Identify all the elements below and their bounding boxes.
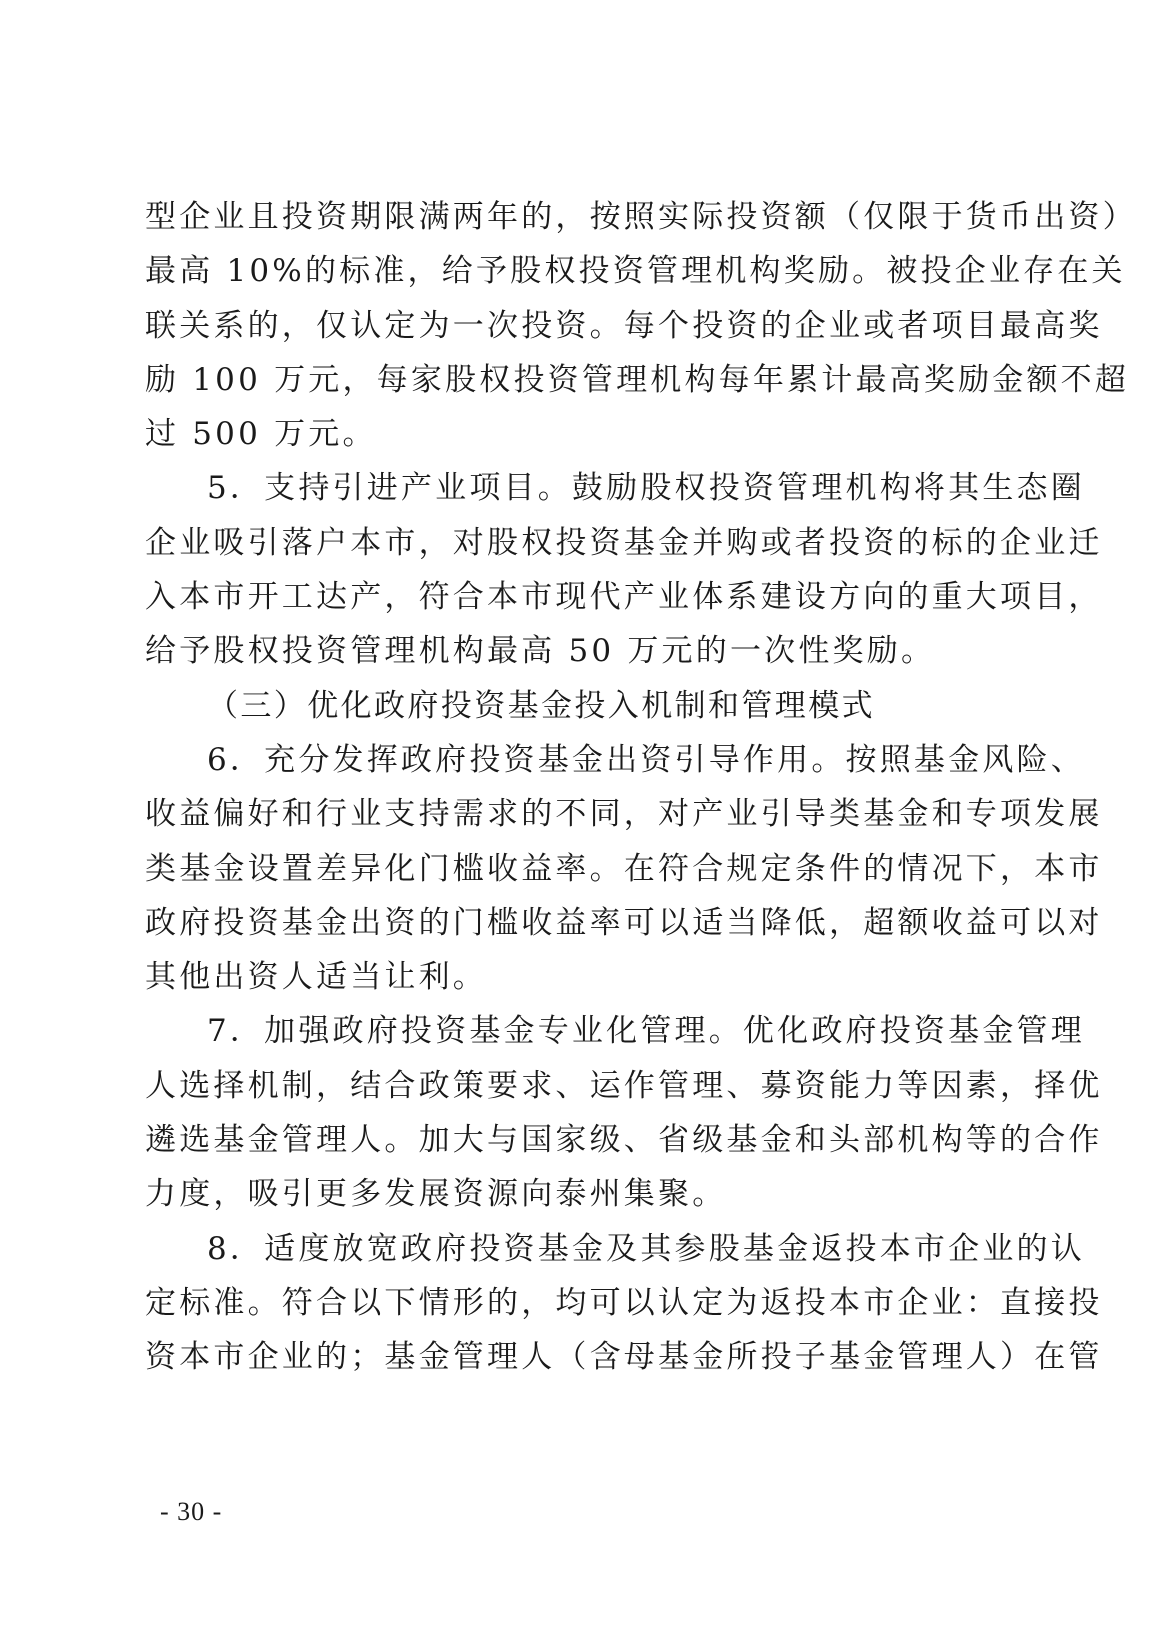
text-line: 给予股权投资管理机构最高 50 万元的一次性奖励。	[145, 624, 1005, 678]
text-line: 类基金设置差异化门槛收益率。在符合规定条件的情况下，本市	[145, 842, 1005, 896]
document-body: 型企业且投资期限满两年的，按照实际投资额（仅限于货币出资） 最高 10%的标准，…	[145, 190, 1005, 1385]
paragraph-6-start: 6．充分发挥政府投资基金出资引导作用。按照基金风险、	[145, 733, 1005, 787]
section-heading-3: （三）优化政府投资基金投入机制和管理模式	[145, 679, 1005, 733]
text-line: 其他出资人适当让利。	[145, 950, 1005, 1004]
text-line: 过 500 万元。	[145, 407, 1005, 461]
text-line: 资本市企业的；基金管理人（含母基金所投子基金管理人）在管	[145, 1330, 1005, 1384]
text-line: 入本市开工达产，符合本市现代产业体系建设方向的重大项目，	[145, 570, 1005, 624]
text-line: 最高 10%的标准，给予股权投资管理机构奖励。被投企业存在关	[145, 244, 1005, 298]
text-line: 政府投资基金出资的门槛收益率可以适当降低，超额收益可以对	[145, 896, 1005, 950]
paragraph-5-start: 5．支持引进产业项目。鼓励股权投资管理机构将其生态圈	[145, 461, 1005, 515]
text-line: 收益偏好和行业支持需求的不同，对产业引导类基金和专项发展	[145, 787, 1005, 841]
text-line: 人选择机制，结合政策要求、运作管理、募资能力等因素，择优	[145, 1059, 1005, 1113]
page-number: - 30 -	[160, 1497, 222, 1527]
paragraph-8-start: 8．适度放宽政府投资基金及其参股基金返投本市企业的认	[145, 1222, 1005, 1276]
paragraph-7-start: 7．加强政府投资基金专业化管理。优化政府投资基金管理	[145, 1004, 1005, 1058]
text-line: 联关系的，仅认定为一次投资。每个投资的企业或者项目最高奖	[145, 299, 1005, 353]
text-line: 定标准。符合以下情形的，均可以认定为返投本市企业：直接投	[145, 1276, 1005, 1330]
text-line: 力度，吸引更多发展资源向泰州集聚。	[145, 1167, 1005, 1221]
document-page: 型企业且投资期限满两年的，按照实际投资额（仅限于货币出资） 最高 10%的标准，…	[0, 0, 1158, 1637]
text-line: 企业吸引落户本市，对股权投资基金并购或者投资的标的企业迁	[145, 516, 1005, 570]
text-line: 遴选基金管理人。加大与国家级、省级基金和头部机构等的合作	[145, 1113, 1005, 1167]
text-line: 励 100 万元，每家股权投资管理机构每年累计最高奖励金额不超	[145, 353, 1005, 407]
text-line: 型企业且投资期限满两年的，按照实际投资额（仅限于货币出资）	[145, 190, 1005, 244]
